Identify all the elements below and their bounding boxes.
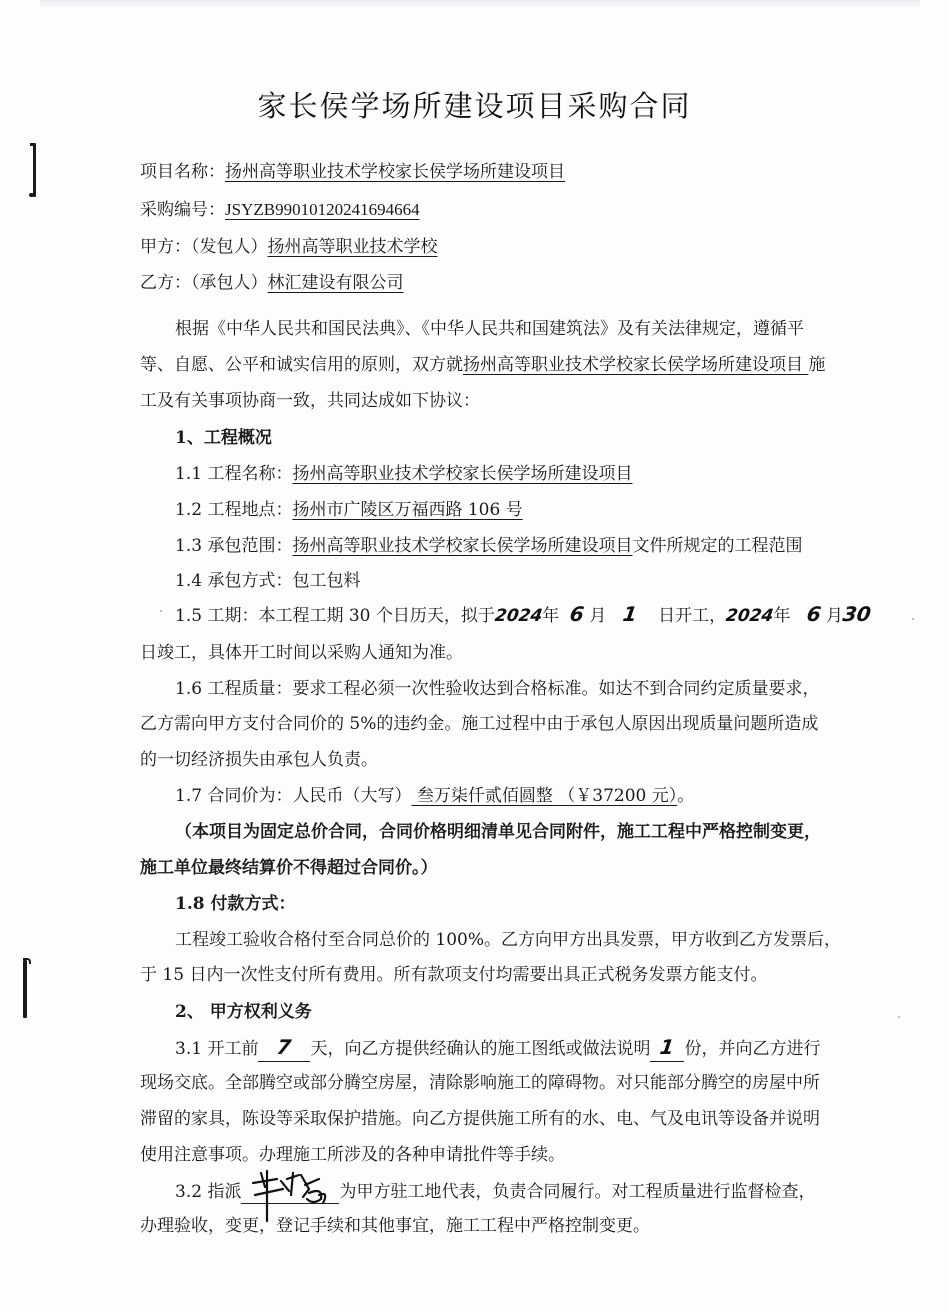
item-1-6-line-1: 1.6 工程质量：要求工程必须一次性验收达到合格标准。如达不到合同约定质量要求，	[175, 677, 819, 701]
item-1-8-line-1: 工程竣工验收合格付至合同总价的 100%。乙方向甲方出具发票，甲方收到乙方发票后…	[175, 928, 841, 952]
item-1-4: 1.4 承包方式：包工包料	[175, 569, 360, 593]
item-value: 扬州高等职业技术学校家长侯学场所建设项目	[292, 536, 632, 556]
item-label: 1.2 工程地点：	[175, 500, 292, 520]
item-value: 扬州市广陵区万福西路 106 号	[292, 500, 522, 520]
item-1-1: 1.1 工程名称：扬州高等职业技术学校家长侯学场所建设项目	[175, 462, 632, 486]
preamble-line-3: 工及有关事项协商一致，共同达成如下协议：	[140, 389, 480, 413]
item-3-1-line-4: 使用注意事项。办理施工所涉及的各种申请批件等手续。	[140, 1143, 565, 1167]
item-1-7-note-line-1: （本项目为固定总价合同，合同价格明细清单见合同附件，施工工程中严格控制变更，	[175, 820, 821, 844]
scan-top-edge	[40, 0, 920, 8]
item-text: 1.5 工期：本工程工期 30 个日历天，拟于	[175, 606, 495, 626]
handwritten-end-day: 30	[841, 602, 872, 626]
item-3-2-line-2: 办理验收，变更，登记手续和其他事宜，施工工程中严格控制变更。	[140, 1214, 650, 1238]
item-text: 年	[542, 606, 559, 626]
handwritten-start-day: 1	[621, 602, 638, 626]
item-1-5-line-2: 日竣工，具体开工时间以采购人通知为准。	[140, 641, 463, 665]
field-procurement-number: 采购编号：JSYZB99010120241694664	[140, 198, 420, 222]
field-value: 扬州高等职业技术学校	[268, 237, 438, 257]
field-value: 林汇建设有限公司	[268, 273, 404, 293]
item-3-1-line-1: 3.1 开工前7天，向乙方提供经确认的施工图纸或做法说明1份，并向乙方进行	[175, 1035, 820, 1062]
binder-mark-bottom	[23, 960, 27, 1018]
section-1-heading: 1、工程概况	[175, 426, 272, 450]
item-1-6-line-2: 乙方需向甲方支付合同价的 5%的违约金。施工过程中由于承包人原因出现质量问题所造…	[140, 712, 818, 736]
item-text: 份，并向乙方进行	[684, 1039, 820, 1059]
item-text: 3.2 指派	[175, 1182, 241, 1202]
item-1-5: 1.5 工期：本工程工期 30 个日历天，拟于2024年 6 月 1 日开工，2…	[175, 602, 871, 628]
preamble-project: 扬州高等职业技术学校家长侯学场所建设项目	[463, 355, 808, 375]
copies-blank: 1	[650, 1035, 684, 1062]
scan-speck	[160, 610, 162, 612]
item-1-8-line-2: 于 15 日内一次性支付所有费用。所有款项支付均需要出具正式税务发票方能支付。	[140, 963, 767, 987]
item-1-2: 1.2 工程地点：扬州市广陵区万福西路 106 号	[175, 498, 523, 522]
representative-signature	[241, 1179, 339, 1204]
field-party-b: 乙方：（承包人）林汇建设有限公司	[140, 271, 404, 295]
item-value: 包工包料	[292, 571, 360, 591]
handwritten-start-year: 2024	[493, 604, 544, 628]
item-text: 天，向乙方提供经确认的施工图纸或做法说明	[310, 1039, 650, 1059]
item-text: 。	[677, 786, 694, 806]
section-2-heading: 2、 甲方权利义务	[175, 1000, 312, 1024]
handwritten-end-month: 6	[805, 602, 822, 626]
item-1-6-line-3: 的一切经济损失由承包人负责。	[140, 748, 378, 772]
item-1-7-note-line-2: 施工单位最终结算价不得超过合同价。）	[140, 856, 438, 880]
item-text: 月	[589, 606, 606, 626]
handwritten-end-year: 2024	[724, 604, 775, 628]
contract-amount: 叁万柒仟贰佰圆整 （￥37200 元）	[411, 786, 677, 806]
item-3-1-line-3: 滞留的家具，陈设等采取保护措施。向乙方提供施工所有的水、电、气及电讯等设备并说明	[140, 1107, 820, 1131]
field-value: 扬州高等职业技术学校家长侯学场所建设项目	[225, 162, 565, 182]
item-1-3: 1.3 承包范围：扬州高等职业技术学校家长侯学场所建设项目文件所规定的工程范围	[175, 534, 802, 558]
field-project-name: 项目名称：扬州高等职业技术学校家长侯学场所建设项目	[140, 160, 565, 184]
item-label: 1.1 工程名称：	[175, 464, 292, 484]
item-label: 1.3 承包范围：	[175, 536, 292, 556]
scan-speck	[898, 1016, 900, 1018]
item-text: 1.7 合同价为：人民币（大写）	[175, 786, 411, 806]
item-text: 日开工，	[658, 606, 726, 626]
binder-mark-top	[33, 143, 36, 197]
item-value: 扬州高等职业技术学校家长侯学场所建设项目	[292, 464, 632, 484]
item-text: 为甲方驻工地代表，负责合同履行。对工程质量进行监督检查，	[339, 1182, 815, 1202]
item-1-8-heading: 1.8 付款方式：	[175, 892, 296, 916]
item-1-7: 1.7 合同价为：人民币（大写） 叁万柒仟贰佰圆整 （￥37200 元）。	[175, 784, 694, 808]
preamble-line-2: 等、自愿、公平和诚实信用的原则，双方就扬州高等职业技术学校家长侯学场所建设项目 …	[140, 353, 825, 377]
days-blank: 7	[258, 1035, 310, 1062]
handwritten-copies: 1	[659, 1035, 676, 1059]
field-party-a: 甲方：（发包人）扬州高等职业技术学校	[140, 235, 438, 259]
item-3-2-line-1: 3.2 指派 为甲方驻工地代表，负责合同履行。对工程质量进行监督检查，	[175, 1179, 815, 1204]
field-label: 甲方：（发包人）	[140, 237, 268, 257]
field-value: JSYZB99010120241694664	[225, 200, 420, 219]
item-3-1-line-2: 现场交底。全部腾空或部分腾空房屋，清除影响施工的障碍物。对只能部分腾空的房屋中所	[140, 1071, 820, 1095]
item-text: 年	[773, 606, 790, 626]
field-label: 采购编号：	[140, 200, 225, 220]
scan-speck	[912, 618, 914, 620]
item-label: 1.4 承包方式：	[175, 571, 292, 591]
item-suffix: 文件所规定的工程范围	[632, 536, 802, 556]
handwritten-start-month: 6	[568, 602, 585, 626]
item-text: 月	[826, 606, 843, 626]
field-label: 项目名称：	[140, 162, 225, 182]
handwritten-days: 7	[276, 1035, 293, 1059]
preamble-text: 施	[808, 355, 825, 375]
item-text: 3.1 开工前	[175, 1039, 258, 1059]
field-label: 乙方：（承包人）	[140, 273, 268, 293]
document-title: 家长侯学场所建设项目采购合同	[0, 84, 949, 125]
preamble-line-1: 根据《中华人民共和国民法典》、《中华人民共和国建筑法》及有关法律规定，遵循平	[175, 317, 804, 341]
preamble-text: 等、自愿、公平和诚实信用的原则，双方就	[140, 355, 463, 375]
